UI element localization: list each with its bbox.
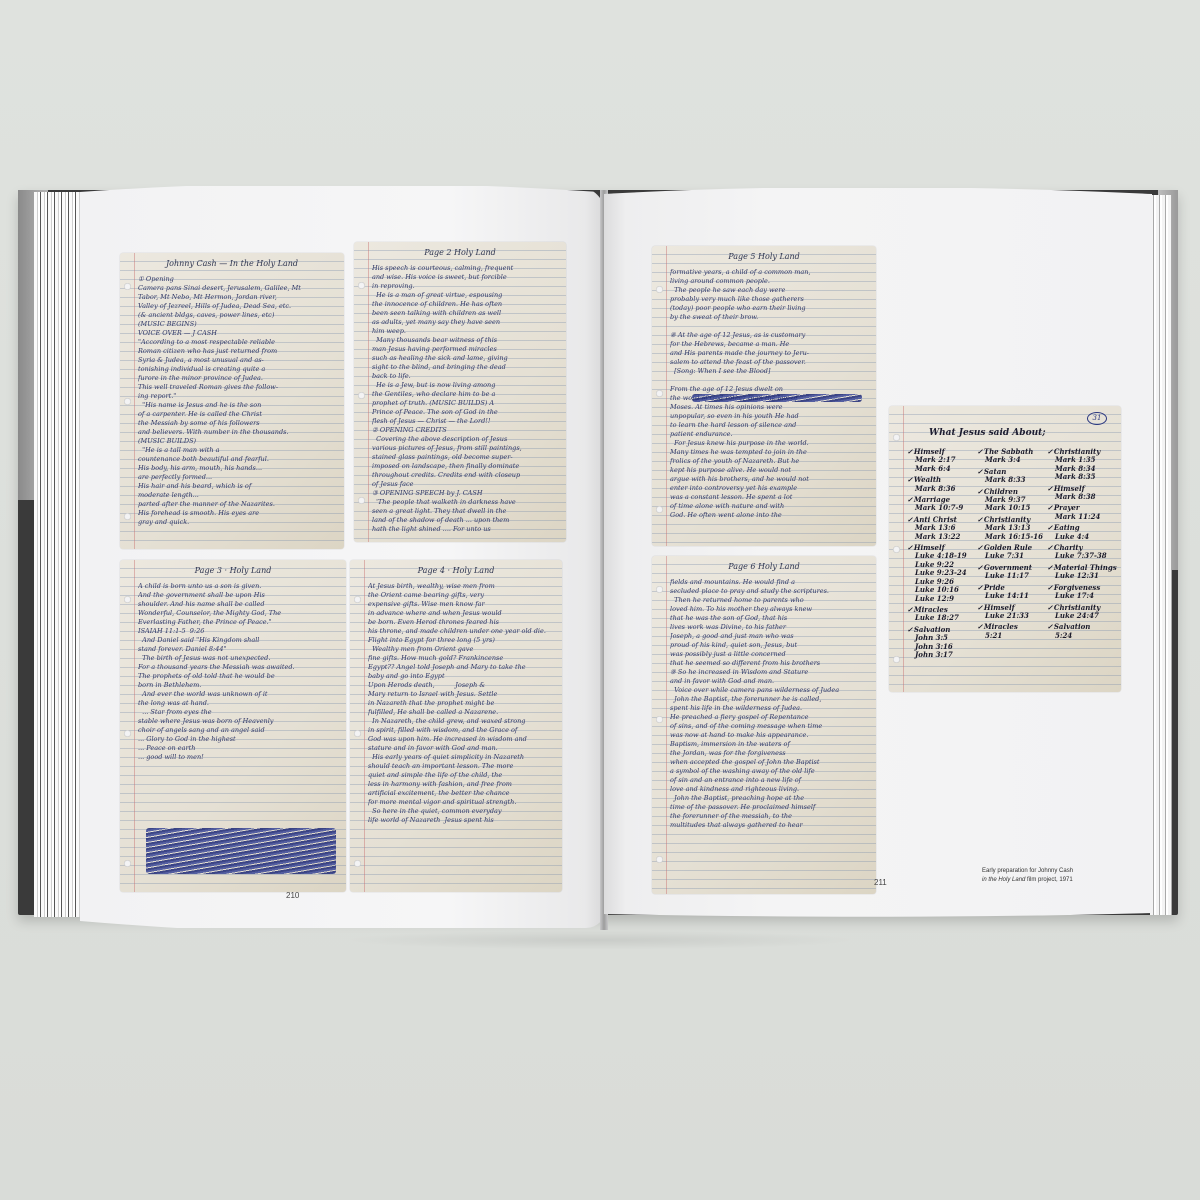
note-card-page-4: Page 4 · Holy Land At Jesus birth, wealt… [350, 560, 562, 892]
page-stack-left [34, 192, 82, 917]
punch-hole [893, 656, 900, 663]
punch-hole [656, 856, 663, 863]
list-item: HimselfMark 2:17Mark 6:4 [907, 448, 977, 473]
list-item: HimselfLuke 4:18-19Luke 9:22Luke 9:23-24… [907, 544, 977, 603]
list-item: HimselfMark 8:38 [1047, 485, 1117, 502]
card-title: Page 5 Holy Land [652, 252, 876, 261]
card-title: Page 6 Holy Land [652, 562, 876, 571]
card-title: Johnny Cash — In the Holy Land [120, 259, 344, 268]
punch-hole [656, 286, 663, 293]
list-item: EatingLuke 4:4 [1047, 524, 1117, 541]
card-text: His speech is courteous, calming, freque… [372, 264, 560, 534]
list-item: ChristianityMark 13:13Mark 16:15-16 [977, 516, 1047, 541]
punch-hole [656, 586, 663, 593]
list-item: SalvationJohn 3:5John 3:16John 3:17 [907, 626, 977, 660]
page-number-left: 210 [286, 891, 299, 900]
photo-caption: Early preparation for Johnny Cash in the… [982, 867, 1122, 885]
list-item: GovernmentLuke 11:17 [977, 564, 1047, 581]
list-title: What Jesus said About; [929, 428, 1046, 438]
punch-hole [893, 434, 900, 441]
list-item: Golden RuleLuke 7:31 [977, 544, 1047, 561]
list-item: SatanMark 8:33 [977, 468, 1047, 485]
list-item: ForgivenessLuke 17:4 [1047, 584, 1117, 601]
list-column-3: ChristianityMark 1:35Mark 8:34Mark 8:35 … [1047, 448, 1117, 643]
list-item: ChristianityMark 1:35Mark 8:34Mark 8:35 [1047, 448, 1117, 482]
list-item: WealthMark 8:36 [907, 476, 977, 493]
list-item: CharityLuke 7:37-38 [1047, 544, 1117, 561]
card-text: At Jesus birth, wealthy, wise men from t… [368, 582, 556, 825]
page-stack-right [1150, 195, 1172, 915]
caption-line-1: Early preparation for Johnny Cash [982, 867, 1122, 876]
crossed-out-line [692, 394, 862, 402]
card-title: Page 3 · Holy Land [120, 566, 346, 575]
punch-hole [358, 282, 365, 289]
list-item: MarriageMark 10:7-9 [907, 496, 977, 513]
punch-hole [124, 596, 131, 603]
list-column-1: HimselfMark 2:17Mark 6:4 WealthMark 8:36… [907, 448, 977, 662]
list-item: Miracles5:21 [977, 623, 1047, 640]
list-item: PrideLuke 14:11 [977, 584, 1047, 601]
punch-hole [656, 390, 663, 397]
book-shadow [340, 930, 860, 950]
card-number: 31 [1087, 412, 1107, 425]
note-card-page-5: Page 5 Holy Land formative years, a chil… [652, 246, 876, 546]
punch-hole [358, 497, 365, 504]
punch-hole [354, 860, 361, 867]
punch-hole [354, 730, 361, 737]
punch-hole [656, 716, 663, 723]
punch-hole [354, 596, 361, 603]
card-text: fields and mountains. He would find a se… [670, 578, 870, 830]
list-item: ChristianityLuke 24:47 [1047, 604, 1117, 621]
punch-hole [893, 546, 900, 553]
list-item: Salvation5:24 [1047, 623, 1117, 640]
card-text: A child is born unto us a son is given. … [138, 582, 340, 762]
list-item: Material ThingsLuke 12:31 [1047, 564, 1117, 581]
left-page: Johnny Cash — In the Holy Land ① Opening… [80, 186, 606, 928]
list-column-2: The SabbathMark 3:4 SatanMark 8:33 Child… [977, 448, 1047, 643]
list-item: The SabbathMark 3:4 [977, 448, 1047, 465]
card-text: ① Opening Camera pans Sinai desert, Jeru… [138, 275, 338, 527]
list-item: Anti ChristMark 13:6Mark 13:22 [907, 516, 977, 541]
card-title: Page 4 · Holy Land [350, 566, 562, 575]
note-card-what-jesus-said-about: 31 What Jesus said About; HimselfMark 2:… [889, 406, 1121, 692]
punch-hole [124, 730, 131, 737]
punch-hole [358, 392, 365, 399]
note-card-johnny-cash-holy-land: Johnny Cash — In the Holy Land ① Opening… [120, 253, 344, 549]
list-item: HimselfLuke 21:33 [977, 604, 1047, 621]
note-card-page-2: Page 2 Holy Land His speech is courteous… [354, 242, 566, 542]
punch-hole [124, 860, 131, 867]
card-title: Page 2 Holy Land [354, 248, 566, 257]
list-item: PrayerMark 11:24 [1047, 504, 1117, 521]
page-number-right: 211 [874, 878, 887, 887]
note-card-page-3: Page 3 · Holy Land A child is born unto … [120, 560, 346, 892]
list-item: ChildrenMark 9:37Mark 10:15 [977, 488, 1047, 513]
crossed-out-text [146, 828, 336, 874]
punch-hole [124, 398, 131, 405]
punch-hole [124, 513, 131, 520]
punch-hole [124, 283, 131, 290]
punch-hole [656, 506, 663, 513]
list-item: MiraclesLuke 18:27 [907, 606, 977, 623]
note-card-page-6: Page 6 Holy Land fields and mountains. H… [652, 556, 876, 894]
caption-line-2: in the Holy Land film project, 1971 [982, 876, 1122, 885]
